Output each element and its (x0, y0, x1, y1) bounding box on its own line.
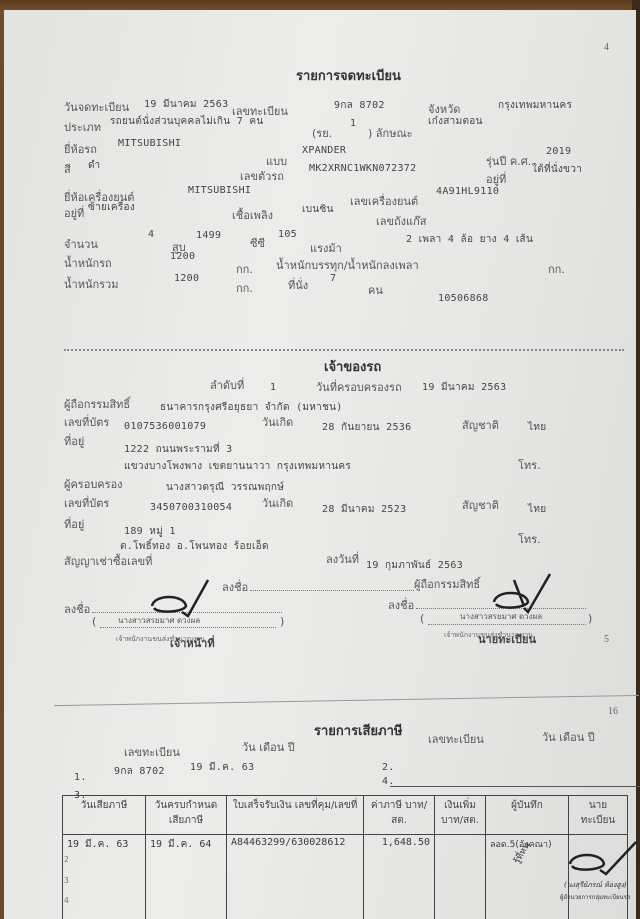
possessor-birth-label: วันเกิด (262, 494, 293, 512)
fuel: เบนซิน (302, 202, 334, 217)
holder-role: ผู้ถือกรรมสิทธิ์ (414, 575, 480, 593)
tax-title: รายการเสียภาษี (314, 720, 403, 741)
tax-amount-cell: 1,648.50 (364, 835, 435, 919)
sign-label-1: ลงชื่อ (222, 578, 248, 596)
chassis-location: ใต้ที่นั่งขวา (532, 162, 582, 177)
displacement-unit: ซีซี (250, 234, 265, 252)
displacement: 1499 (196, 230, 221, 241)
holder-nat-label: สัญชาติ (462, 416, 499, 434)
holder-label: ผู้ถือกรรมสิทธิ์ (64, 395, 130, 413)
holder-birth-label: วันเกิด (262, 413, 293, 431)
cylinders: 4 (148, 229, 154, 240)
chassis-label: เลขตัวรถ (240, 167, 284, 185)
holder-addr-label: ที่อยู่ (64, 432, 84, 450)
horsepower: 105 (278, 229, 297, 240)
possessor-tel-label: โทร. (518, 530, 541, 548)
row-number-3: 3 (64, 876, 69, 885)
type-code: 1 (350, 118, 356, 129)
col-surcharge: เงินเพิ่ม บาท/สต. (435, 796, 486, 835)
officer-signature (144, 576, 214, 624)
holder-address-2: แขวงบางโพงพาง เขตยานนาวา กรุงเทพมหานคร (124, 459, 351, 474)
seq: 1 (270, 382, 276, 393)
col-tax-amount: ค่าภาษี บาท/สต. (364, 796, 435, 835)
holder-id-label: เลขที่บัตร (64, 413, 109, 431)
paid-date: 19 มี.ค. 63 (67, 839, 128, 850)
axles-wheels: 2 เพลา 4 ล้อ ยาง 4 เส้น (406, 232, 533, 247)
owner-title: เจ้าของรถ (324, 356, 381, 377)
possessor-id: 3450700310054 (150, 502, 232, 513)
paren-close: ) (280, 615, 284, 628)
recorder-signature (564, 840, 640, 882)
vehicle-registration-book-page: 4 รายการจดทะเบียน วันจดทะเบียน 19 มีนาคม… (4, 10, 636, 919)
kg-unit-3: กก. (236, 279, 253, 297)
chassis-number: MK2XRNC1WKN072372 (309, 163, 416, 174)
sign-label-3: ลงชื่อ (388, 596, 414, 614)
document-number: 10506868 (438, 293, 489, 304)
tax-table: วันเสียภาษี วันครบกำหนดเสียภาษี ใบเสร็จร… (62, 795, 628, 919)
holder-name: ธนาคารกรุงศรีอยุธยา จำกัด (มหาชน) (160, 400, 343, 415)
col-recorder: ผู้บันทึก (486, 796, 569, 835)
brand: MITSUBISHI (118, 138, 181, 149)
engine-location: ซ้ายเครื่อง (88, 200, 135, 215)
weight-label: น้ำหนักรถ (64, 254, 112, 272)
possessor-label: ผู้ครอบครอง (64, 475, 123, 493)
brand-label: ยี่ห้อรถ (64, 140, 97, 158)
engine-number: 4A91HL9110 (436, 186, 499, 197)
table-row: 19 มี.ค. 63 19 มี.ค. 64 A84463299/630028… (63, 835, 628, 919)
possessor-addr-label: ที่อยู่ (64, 515, 84, 533)
tax-plate-header-2: เลขทะเบียน (428, 730, 484, 748)
receipt-cell: A84463299/630028612 (227, 835, 364, 919)
possession-label: วันที่ครอบครองรถ (316, 378, 402, 396)
paren-open-2: ( (420, 612, 424, 625)
paren-open: ( (92, 615, 96, 628)
registrar-signature (484, 570, 554, 620)
gross-weight: 1200 (174, 273, 199, 284)
entry-plate-1: 9กล 8702 (114, 764, 165, 779)
holder-tel-label: โทร. (518, 456, 541, 474)
kg-unit-2: กก. (548, 260, 565, 278)
col-registrar: นายทะเบียน (569, 796, 628, 835)
color-label: สี (64, 160, 71, 178)
due-date-cell: 19 มี.ค. 64 (146, 835, 227, 919)
tax-date-header-1: วัน เดือน ปี (242, 738, 295, 756)
body-type: เก๋งสามตอน (428, 114, 483, 129)
lease-date: 19 กุมภาพันธ์ 2563 (366, 558, 463, 573)
vehicle-type: รถยนต์นั่งส่วนบุคคลไม่เกิน 7 คน (110, 114, 263, 129)
seats-unit: คน (368, 281, 383, 299)
type-code-suffix: ) ลักษณะ (368, 124, 413, 142)
engine-loc-label: อยู่ที่ (64, 204, 84, 222)
col-paid-date: วันเสียภาษี (63, 796, 146, 835)
tax-date-header-2: วัน เดือน ปี (542, 728, 595, 746)
possessor-nationality: ไทย (528, 502, 546, 517)
surcharge-cell (435, 835, 486, 919)
row-number-2: 2 (64, 855, 69, 864)
page-number-16: 16 (608, 706, 618, 717)
plate: 9กล 8702 (334, 98, 385, 113)
color: ดำ (88, 158, 100, 173)
entry-line (390, 786, 640, 787)
province: กรุงเทพมหานคร (498, 98, 572, 113)
engine-brand: MITSUBISHI (188, 185, 251, 196)
vehicle-weight: 1200 (170, 251, 195, 262)
holder-id: 0107536001079 (124, 421, 206, 432)
tax-amount: 1,648.50 (382, 837, 430, 848)
holder-birth: 28 กันยายน 2536 (322, 420, 411, 435)
entry-no-2: 2. (382, 762, 395, 773)
officer-role: เจ้าหน้าที่ (170, 634, 215, 652)
entry-no-1: 1. (74, 772, 87, 783)
type-label: ประเภท (64, 118, 101, 136)
reg-date: 19 มีนาคม 2563 (144, 97, 228, 112)
load-label: น้ำหนักบรรทุก/น้ำหนักลงเพลา (276, 256, 419, 274)
kg-unit-1: กก. (236, 260, 253, 278)
holder-nationality: ไทย (528, 420, 546, 435)
registrar-role: นายทะเบียน (478, 630, 536, 648)
paren-close-2: ) (588, 612, 592, 625)
seats: 7 (330, 273, 336, 284)
possessor-address-1: 189 หมู่ 1 (124, 524, 176, 539)
page-fold (54, 695, 639, 706)
holder-address-1: 1222 ถนนพระรามที่ 3 (124, 442, 232, 457)
receipt-number: A84463299/630028612 (231, 837, 345, 848)
page-number-5: 5 (604, 634, 609, 645)
gross-weight-label: น้ำหนักรวม (64, 275, 118, 293)
seats-label: ที่นั่ง (288, 276, 308, 294)
due-date: 19 มี.ค. 64 (150, 839, 211, 850)
possession-date: 19 มีนาคม 2563 (422, 380, 506, 395)
paid-date-cell: 19 มี.ค. 63 (63, 835, 146, 919)
registration-title: รายการจดทะเบียน (296, 65, 401, 86)
tax-plate-header-1: เลขทะเบียน (124, 743, 180, 761)
type-code-prefix: (รย. (312, 124, 332, 142)
possessor-nat-label: สัญชาติ (462, 496, 499, 514)
signature-line-1 (250, 578, 414, 591)
cylinders-label: จำนวน (64, 235, 98, 253)
page-number: 4 (604, 42, 609, 53)
row-number-4: 4 (64, 896, 69, 905)
possessor-birth: 28 มีนาคม 2523 (322, 502, 406, 517)
gas-tank-label: เลขถังแก๊ส (376, 212, 427, 230)
possessor-id-label: เลขที่บัตร (64, 494, 109, 512)
year-label: รุ่นปี ค.ศ. (486, 152, 531, 170)
col-due-date: วันครบกำหนดเสียภาษี (146, 796, 227, 835)
horsepower-unit: แรงม้า (310, 239, 342, 257)
engine-no-label: เลขเครื่องยนต์ (350, 192, 418, 210)
fuel-label: เชื้อเพลิง (232, 206, 273, 224)
model-year: 2019 (546, 146, 571, 157)
perforation-line (64, 349, 624, 351)
lease-date-label: ลงวันที่ (326, 550, 359, 568)
model: XPANDER (302, 145, 346, 156)
lease-label: สัญญาเช่าซื้อเลขที่ (64, 552, 152, 570)
seq-label: ลำดับที่ (210, 376, 244, 394)
col-receipt: ใบเสร็จรับเงิน เลขที่คุม/เลขที่ (227, 796, 364, 835)
possessor-name: นางสาวดรุณี วรรณพฤกษ์ (166, 480, 284, 495)
stamp-title: ผู้อำนวยการกลุ่มทะเบียนรถ (560, 892, 630, 902)
entry-date-1: 19 มี.ค. 63 (190, 760, 254, 775)
sign-label-2: ลงชื่อ (64, 600, 90, 618)
